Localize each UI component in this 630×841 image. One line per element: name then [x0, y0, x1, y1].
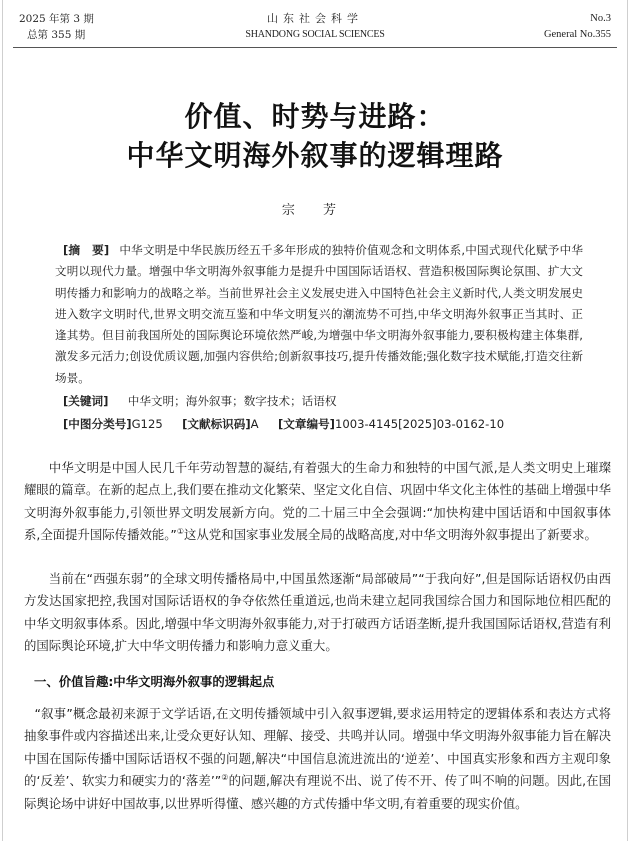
article-number-label: [文章编号] [278, 417, 335, 431]
keywords-list: 中华文明；海外叙事；数字技术；话语权 [128, 394, 337, 408]
title-line-1: 价值、时势与进路： [3, 97, 627, 136]
article-title: 价值、时势与进路： 中华文明海外叙事的逻辑理路 [3, 97, 627, 175]
clc-label: [中图分类号] [63, 417, 132, 431]
paragraph-text: 当前在“西强东弱”的全球文明传播格局中,中国虽然逐渐“局部破局”“于我向好”,但… [24, 568, 611, 658]
doc-code-value: A [251, 417, 259, 431]
body-paragraph-2: 当前在“西强东弱”的全球文明传播格局中,中国虽然逐渐“局部破局”“于我向好”,但… [24, 568, 611, 658]
footnote-ref-2[interactable]: ② [221, 773, 228, 782]
abstract: [摘 要]中华文明是中华民族历经五千多年形成的独特价值观念和文明体系,中国式现代… [55, 240, 583, 389]
body-paragraph-1: 中华文明是中国人民几千年劳动智慧的凝结,有着强大的生命力和独特的中国气派,是人类… [24, 457, 611, 547]
author-name: 宗 芳 [3, 199, 627, 218]
article-number-value: 1003-4145[2025]03-0162-10 [335, 417, 504, 431]
abstract-label: [摘 要] [63, 243, 109, 257]
general-number-en: General No.355 [544, 27, 611, 43]
paragraph-text: 这从党和国家事业发展全局的战略高度,对中华文明海外叙事提出了新要求。 [184, 527, 597, 542]
journal-name: 山东社会科学 SHANDONG SOCIAL SCIENCES [13, 11, 617, 43]
abstract-text: 中华文明是中华民族历经五千多年形成的独特价值观念和文明体系,中国式现代化赋予中华… [55, 243, 583, 385]
classification-info: [中图分类号]G125 [文献标识码]A [文章编号]1003-4145[202… [63, 416, 504, 432]
clc-value: G125 [132, 417, 163, 431]
doc-code-label: [文献标识码] [182, 417, 251, 431]
section-heading-1: 一、价值旨趣:中华文明海外叙事的逻辑起点 [34, 672, 274, 690]
journal-name-en: SHANDONG SOCIAL SCIENCES [13, 27, 617, 43]
running-header: 2025 年第 3 期 总第 355 期 山东社会科学 SHANDONG SOC… [13, 11, 617, 48]
footnote-ref-1[interactable]: ① [177, 527, 184, 536]
title-line-2: 中华文明海外叙事的逻辑理路 [3, 136, 627, 175]
journal-name-cn: 山东社会科学 [13, 11, 617, 27]
keywords: [关键词] 中华文明；海外叙事；数字技术；话语权 [63, 393, 336, 409]
issue-info-en: No.3 General No.355 [544, 11, 611, 43]
issue-number-en: No.3 [544, 11, 611, 27]
keywords-label: [关键词] [63, 394, 108, 408]
journal-page: 2025 年第 3 期 总第 355 期 山东社会科学 SHANDONG SOC… [2, 0, 628, 841]
body-paragraph-3: “叙事”概念最初来源于文学话语,在文明传播领域中引入叙事逻辑,要求运用特定的逻辑… [24, 703, 611, 815]
